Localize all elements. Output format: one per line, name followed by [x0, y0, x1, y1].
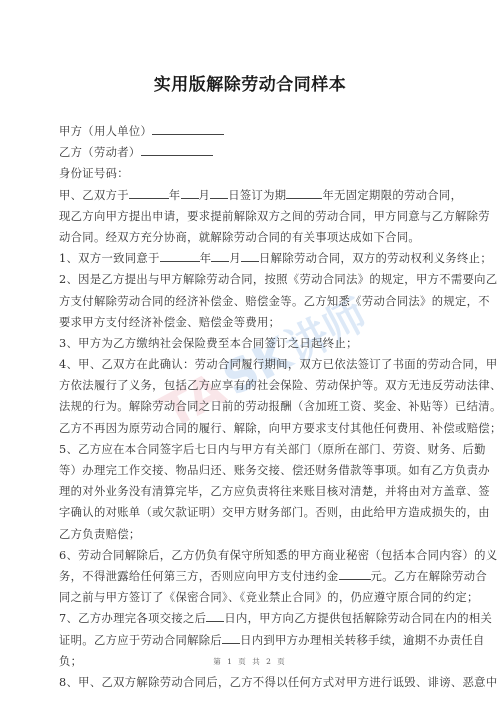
line-text: 乙方（劳动者） — [59, 146, 141, 159]
line-text: 2、因是乙方提出与甲方解除劳动合同，按照《劳动合同法》的规定，甲方不需要向乙 — [59, 273, 497, 286]
line-text: 法规的行为。解除劳动合同之日前的劳动报酬（含加班工资、奖金、补贴等）已结清。 — [59, 400, 500, 413]
line-text: 乙方不再因为原劳动合同的履行、解除，向甲方要求支付其他任何费用、补偿或赔偿； — [59, 422, 500, 435]
document-line: 同之前与甲方签订了《保密合同》、《竞业禁止合同》的，仍应遵守原合同的约定； — [59, 587, 443, 608]
line-text: 甲方（用人单位） — [59, 125, 152, 138]
line-text: 等）办理完工作交接、物品归还、账务交接、偿还财务借款等事项。如有乙方负责办 — [59, 464, 490, 477]
document-line: 方依法履行了义务，包括乙方应享有的社会保险、劳动保护等。双方无违反劳动法律、 — [59, 375, 443, 396]
line-text: 日解除劳动合同，双方的劳动权利义务终止； — [259, 252, 492, 265]
document-page: 实用版解除劳动合同样本 TA SK 讲师 甲方（用人单位）乙方（劳动者）身份证号… — [0, 0, 500, 706]
line-text: 年无固定期限的劳动合同， — [322, 189, 462, 202]
document-line: 7、乙方办理完各项交接之后日内，甲方向乙方提供包括解除劳动合同在内的相关 — [59, 608, 443, 629]
document-line: 2、因是乙方提出与甲方解除劳动合同，按照《劳动合同法》的规定，甲方不需要向乙 — [59, 269, 443, 290]
line-text: 方依法履行了义务，包括乙方应享有的社会保险、劳动保护等。双方无违反劳动法律、 — [59, 379, 500, 392]
line-text: 月 — [199, 189, 211, 202]
document-line: 3、甲方为乙方缴纳社会保险费至本合同签订之日起终止； — [59, 333, 443, 354]
line-text: 日签订为期 — [228, 189, 286, 202]
fill-in-blank — [210, 186, 228, 199]
document-line: 4、甲、乙双方在此确认：劳动合同履行期间，双方已依法签订了书面的劳动合同，甲 — [59, 354, 443, 375]
document-line: 法规的行为。解除劳动合同之日前的劳动报酬（含加班工资、奖金、补贴等）已结清。 — [59, 396, 443, 417]
line-text: 日内，甲方向乙方提供包括解除劳动合同在内的相关 — [224, 612, 492, 625]
document-line: 乙方（劳动者） — [59, 142, 443, 163]
document-line: 1、双方一致同意于年月日解除劳动合同，双方的劳动权利义务终止； — [59, 248, 443, 269]
line-text: 年 — [169, 189, 181, 202]
line-text: 1、双方一致同意于 — [59, 252, 160, 265]
line-text: 务，不得泄露给任何第三方，否则应向甲方支付违约金 — [59, 570, 339, 583]
page-footer: 第 1 页 共 2 页 — [0, 656, 500, 667]
line-text: 身份证号码： — [59, 167, 129, 180]
document-line: 方支付解除劳动合同的经济补偿金、赔偿金等。乙方知悉《劳动合同法》的规定，不 — [59, 291, 443, 312]
line-text: 乙方负责赔偿； — [59, 528, 141, 541]
line-text: 日内到甲方办理相关转移手续，逾期不办责任自 — [240, 634, 485, 647]
line-text: 动合同。经双方充分协商，就解除劳动合同的有关事项达成如下合同。 — [59, 231, 420, 244]
document-line: 字确认的对账单（或欠款证明）交甲方财务部门。否则，由此给甲方造成损失的，由 — [59, 502, 443, 523]
line-text: 年 — [200, 252, 212, 265]
fill-in-blank — [129, 186, 169, 199]
fill-in-blank — [241, 249, 259, 262]
line-text: 元。乙方在解除劳动合 — [371, 570, 487, 583]
document-line: 理的对外业务没有清算完毕，乙方应负责将往来账目核对清楚，并将由对方盖章、签 — [59, 481, 443, 502]
line-text: 4、甲、乙双方在此确认：劳动合同履行期间，双方已依法签订了书面的劳动合同，甲 — [59, 358, 497, 371]
fill-in-blank — [206, 609, 224, 622]
line-text: 7、乙方办理完各项交接之后 — [59, 612, 206, 625]
document-title: 实用版解除劳动合同样本 — [0, 70, 500, 95]
document-body: 甲方（用人单位）乙方（劳动者）身份证号码：甲、乙双方于年月日签订为期年无固定期限… — [59, 121, 443, 693]
fill-in-blank — [141, 143, 213, 156]
line-text: 现乙方向甲方提出申请，要求提前解除双方之间的劳动合同，甲方同意与乙方解除劳 — [59, 210, 490, 223]
line-text: 6、劳动合同解除后，乙方仍负有保守所知悉的甲方商业秘密（包括本合同内容）的义 — [59, 549, 497, 562]
fill-in-blank — [222, 631, 240, 644]
document-line: 甲、乙双方于年月日签订为期年无固定期限的劳动合同， — [59, 185, 443, 206]
document-line: 务，不得泄露给任何第三方，否则应向甲方支付违约金元。乙方在解除劳动合 — [59, 566, 443, 587]
document-line: 要求甲方支付经济补偿金、赔偿金等费用； — [59, 312, 443, 333]
document-line: 证明。乙方应于劳动合同解除后日内到甲方办理相关转移手续，逾期不办责任自 — [59, 630, 443, 651]
line-text: 理的对外业务没有清算完毕，乙方应负责将往来账目核对清楚，并将由对方盖章、签 — [59, 485, 490, 498]
document-line: 身份证号码： — [59, 163, 443, 184]
fill-in-blank — [181, 186, 199, 199]
line-text: 要求甲方支付经济补偿金、赔偿金等费用； — [59, 316, 280, 329]
line-text: 5、乙方应在本合同签字后七日内与甲方有关部门（原所在部门、劳资、财务、后勤 — [59, 443, 486, 456]
document-line: 乙方负责赔偿； — [59, 524, 443, 545]
line-text: 3、甲方为乙方缴纳社会保险费至本合同签订之日起终止； — [59, 337, 358, 350]
line-text: 8、甲、乙双方解除劳动合同后，乙方不得以任何方式对甲方进行诋毁、诽谤、恶意中 — [59, 676, 497, 689]
line-text: 证明。乙方应于劳动合同解除后 — [59, 634, 222, 647]
document-line: 8、甲、乙双方解除劳动合同后，乙方不得以任何方式对甲方进行诋毁、诽谤、恶意中 — [59, 672, 443, 693]
document-line: 等）办理完工作交接、物品归还、账务交接、偿还财务借款等事项。如有乙方负责办 — [59, 460, 443, 481]
fill-in-blank — [211, 249, 229, 262]
document-line: 乙方不再因为原劳动合同的履行、解除，向甲方要求支付其他任何费用、补偿或赔偿； — [59, 418, 443, 439]
line-text: 月 — [229, 252, 241, 265]
line-text: 方支付解除劳动合同的经济补偿金、赔偿金等。乙方知悉《劳动合同法》的规定，不 — [59, 295, 490, 308]
document-line: 5、乙方应在本合同签字后七日内与甲方有关部门（原所在部门、劳资、财务、后勤 — [59, 439, 443, 460]
line-text: 甲、乙双方于 — [59, 189, 129, 202]
document-line: 动合同。经双方充分协商，就解除劳动合同的有关事项达成如下合同。 — [59, 227, 443, 248]
fill-in-blank — [339, 567, 371, 580]
fill-in-blank — [160, 249, 200, 262]
document-line: 现乙方向甲方提出申请，要求提前解除双方之间的劳动合同，甲方同意与乙方解除劳 — [59, 206, 443, 227]
line-text: 同之前与甲方签订了《保密合同》、《竞业禁止合同》的，仍应遵守原合同的约定； — [59, 591, 479, 604]
fill-in-blank — [286, 186, 322, 199]
line-text: 字确认的对账单（或欠款证明）交甲方财务部门。否则，由此给甲方造成损失的，由 — [59, 506, 490, 519]
document-line: 6、劳动合同解除后，乙方仍负有保守所知悉的甲方商业秘密（包括本合同内容）的义 — [59, 545, 443, 566]
document-line: 甲方（用人单位） — [59, 121, 443, 142]
fill-in-blank — [152, 122, 224, 135]
